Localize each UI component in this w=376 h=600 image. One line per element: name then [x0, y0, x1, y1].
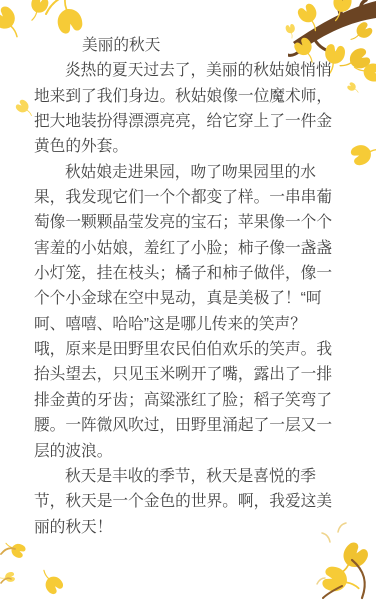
- leaf-stem-icon: [0, 546, 16, 556]
- essay-line: 萄像一颗颗晶莹发亮的宝石；苹果像一个个: [34, 210, 346, 235]
- essay-line: 秋天是丰收的季节，秋天是喜悦的季: [34, 464, 346, 489]
- leaf-stem-icon: [322, 584, 344, 600]
- essay-line: 哦，原来是田野里农民伯伯欢乐的笑声。我: [34, 337, 346, 362]
- leaf-stem-icon: [0, 576, 12, 585]
- essay-line: 秋姑娘走进果园，吻了吻果园里的水: [34, 160, 346, 185]
- essay-line: 丽的秋天！: [34, 515, 346, 540]
- essay-line: 地来到了我们身边。秋姑娘像一位魔术师，: [34, 84, 346, 109]
- leaf-stem-icon: [44, 0, 60, 16]
- essay-body: 美丽的秋天炎热的夏天过去了，美丽的秋姑娘悄悄地来到了我们身边。秋姑娘像一位魔术师…: [34, 33, 346, 540]
- essay-line: 小灯笼，挂在枝头；橘子和柿子做伴，像一: [34, 261, 346, 286]
- essay-line: 排金黄的牙齿；高粱涨红了脸；稻子笑弯了: [34, 388, 346, 413]
- essay-line: 腰。一阵微风吹过，田野里涌起了一层又一: [34, 413, 346, 438]
- essay-line: 抬头望去，只见玉米咧开了嘴，露出了一排: [34, 362, 346, 387]
- essay-page: 美丽的秋天炎热的夏天过去了，美丽的秋姑娘悄悄地来到了我们身边。秋姑娘像一位魔术师…: [0, 0, 376, 600]
- essay-line: 把大地装扮得漂漂亮亮，给它穿上了一件金: [34, 109, 346, 134]
- essay-line: 个个小金球在空中晃动，真是美极了！“呵: [34, 286, 346, 311]
- essay-title: 美丽的秋天: [34, 33, 346, 58]
- essay-line: 呵、嘻嘻、哈哈”这是哪儿传来的笑声？: [34, 312, 346, 337]
- essay-line: 黄色的外套。: [34, 134, 346, 159]
- essay-line: 炎热的夏天过去了，美丽的秋姑娘悄悄: [34, 58, 346, 83]
- essay-line: 节，秋天是一个金色的世界。啊，我爱这美: [34, 489, 346, 514]
- essay-line: 果，我发现它们一个个都变了样。一串串葡: [34, 185, 346, 210]
- essay-line: 层的波浪。: [34, 439, 346, 464]
- ginkgo-leaf-icon: [33, 563, 68, 599]
- ginkgo-leaf-icon: [346, 135, 376, 171]
- leaf-stem-icon: [316, 576, 326, 586]
- essay-line: 害羞的小姑娘，羞红了小脸；柿子像一盏盏: [34, 236, 346, 261]
